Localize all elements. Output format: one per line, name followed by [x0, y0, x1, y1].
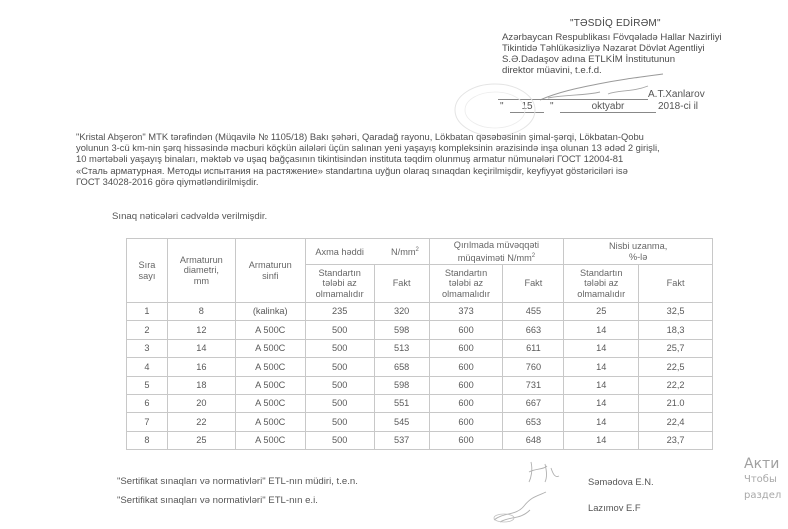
cell-no: 5	[127, 376, 168, 394]
cell-tensile-std: 600	[429, 413, 503, 431]
cell-tensile-std: 600	[429, 376, 503, 394]
cell-class: (kalinka)	[235, 303, 305, 321]
cell-yield-std: 500	[305, 376, 374, 394]
header-elongation-fact: Fakt	[639, 265, 713, 303]
cell-class: A 500C	[235, 358, 305, 376]
body-line: 10 mərtəbəli yaşayış binaları, məktəb və…	[76, 153, 788, 164]
body-line: "Kristal Abşeron" MTK tərəfindən (Müqavi…	[76, 131, 788, 142]
cell-tensile-fact: 760	[503, 358, 564, 376]
approval-line: Tikintidə Təhlükəsizliyə Nəzarət Dövlət …	[502, 43, 705, 54]
cell-yield-std: 500	[305, 339, 374, 357]
cell-yield-fact: 513	[374, 339, 429, 357]
cell-yield-fact: 320	[374, 303, 429, 321]
body-line: yolunun 3-cü km-nin şərq hissəsində məcb…	[76, 142, 788, 153]
body-line: ГОСТ 34028-2016 görə qiymətləndirilmişdi…	[76, 176, 788, 187]
table-row: 722A 500C5005456006531422,4	[127, 413, 713, 431]
cell-diameter: 22	[167, 413, 235, 431]
signature-icon	[525, 458, 565, 486]
cell-yield-fact: 545	[374, 413, 429, 431]
cell-no: 1	[127, 303, 168, 321]
cell-diameter: 16	[167, 358, 235, 376]
cell-tensile-std: 600	[429, 321, 503, 339]
cell-yield-std: 500	[305, 413, 374, 431]
table-row: 212A 500C5005986006631418,3	[127, 321, 713, 339]
table-row: 825A 500C5005376006481423,7	[127, 431, 713, 449]
cell-tensile-std: 600	[429, 339, 503, 357]
signer-name: Lazımov E.F	[588, 502, 641, 513]
cell-tensile-std: 600	[429, 431, 503, 449]
cell-elong-fact: 22,5	[639, 358, 713, 376]
date-quote: "	[550, 101, 554, 112]
cell-diameter: 8	[167, 303, 235, 321]
signature-icon	[490, 490, 550, 526]
cell-yield-std: 500	[305, 431, 374, 449]
activation-text: Чтобы	[744, 472, 788, 488]
table-row: 18(kalinka)2353203734552532,5	[127, 303, 713, 321]
body-paragraph: "Kristal Abşeron" MTK tərəfindən (Müqavi…	[76, 131, 788, 187]
approval-title: "TƏSDİQ EDİRƏM"	[570, 18, 661, 29]
cell-elong-std: 25	[564, 303, 639, 321]
header-elongation-standard: Standartıntələbi azolmamalıdır	[564, 265, 639, 303]
cell-tensile-fact: 611	[503, 339, 564, 357]
table-row: 620A 500C5005516006671421.0	[127, 394, 713, 412]
cell-elong-std: 14	[564, 413, 639, 431]
cell-elong-fact: 22,4	[639, 413, 713, 431]
cell-elong-std: 14	[564, 321, 639, 339]
cell-elong-std: 14	[564, 358, 639, 376]
cell-tensile-fact: 648	[503, 431, 564, 449]
header-yield: Axma həddi N/mm2	[305, 239, 429, 265]
activation-text: раздел	[744, 488, 788, 504]
header-yield-fact: Fakt	[374, 265, 429, 303]
cell-diameter: 14	[167, 339, 235, 357]
cell-class: A 500C	[235, 321, 305, 339]
header-tensile-fact: Fakt	[503, 265, 564, 303]
cell-class: A 500C	[235, 431, 305, 449]
cell-tensile-fact: 455	[503, 303, 564, 321]
cell-yield-std: 500	[305, 321, 374, 339]
cell-class: A 500C	[235, 376, 305, 394]
cell-diameter: 20	[167, 394, 235, 412]
cell-tensile-std: 373	[429, 303, 503, 321]
activation-heading: Акти	[744, 456, 788, 472]
date-year: 2018-ci il	[658, 101, 698, 112]
cell-elong-fact: 18,3	[639, 321, 713, 339]
cell-elong-std: 14	[564, 394, 639, 412]
approval-line: Azərbaycan Respublikası Fövqəladə Hallar…	[502, 32, 722, 43]
header-class: Armaturun sinfi	[235, 239, 305, 303]
activation-watermark: Акти Чтобы раздел	[744, 456, 788, 504]
cell-elong-fact: 32,5	[639, 303, 713, 321]
cell-class: A 500C	[235, 394, 305, 412]
footer-researcher: "Sertifikat sınaqları və normativləri" E…	[117, 495, 318, 506]
cell-yield-fact: 598	[374, 376, 429, 394]
cell-elong-std: 14	[564, 431, 639, 449]
cell-no: 8	[127, 431, 168, 449]
cell-tensile-fact: 667	[503, 394, 564, 412]
cell-diameter: 12	[167, 321, 235, 339]
cell-elong-fact: 21.0	[639, 394, 713, 412]
cell-tensile-std: 600	[429, 358, 503, 376]
signer-name: Səmədova E.N.	[588, 476, 654, 487]
cell-yield-std: 500	[305, 394, 374, 412]
header-yield-standard: Standartıntələbi azolmamalıdır	[305, 265, 374, 303]
cell-yield-fact: 658	[374, 358, 429, 376]
cell-elong-fact: 22,2	[639, 376, 713, 394]
cell-no: 6	[127, 394, 168, 412]
header-tensile-standard: Standartıntələbi azolmamalıdır	[429, 265, 503, 303]
cell-diameter: 25	[167, 431, 235, 449]
table-row: 518A 500C5005986007311422,2	[127, 376, 713, 394]
cell-yield-std: 500	[305, 358, 374, 376]
cell-class: A 500C	[235, 339, 305, 357]
cell-tensile-fact: 663	[503, 321, 564, 339]
cell-tensile-std: 600	[429, 394, 503, 412]
cell-yield-fact: 598	[374, 321, 429, 339]
cell-class: A 500C	[235, 413, 305, 431]
body-line: «Сталь арматурная. Методы испытания на р…	[76, 165, 788, 176]
cell-elong-fact: 23,7	[639, 431, 713, 449]
table-row: 416A 500C5006586007601422,5	[127, 358, 713, 376]
approver-name: A.T.Xanlarov	[648, 89, 705, 100]
header-tensile: Qırılmada müvəqqəti müqaviməti N/mm2	[429, 239, 564, 265]
results-table: Sıra sayı Armaturun diametri, mm Armatur…	[126, 238, 713, 450]
cell-yield-fact: 551	[374, 394, 429, 412]
date-month: oktyabr	[560, 101, 656, 113]
cell-yield-fact: 537	[374, 431, 429, 449]
cell-diameter: 18	[167, 376, 235, 394]
table-row: 314A 500C5005136006111425,7	[127, 339, 713, 357]
cell-no: 4	[127, 358, 168, 376]
cell-elong-std: 14	[564, 339, 639, 357]
cell-no: 2	[127, 321, 168, 339]
cell-elong-fact: 25,7	[639, 339, 713, 357]
header-elongation: Nisbi uzanma, %-lə	[564, 239, 713, 265]
cell-tensile-fact: 731	[503, 376, 564, 394]
header-row-number: Sıra sayı	[127, 239, 168, 303]
footer-head-of-lab: "Sertifikat sınaqları və normativləri" E…	[117, 476, 358, 487]
table-intro: Sınaq nəticələri cədvəldə verilmişdir.	[112, 211, 267, 222]
approval-line: S.Ə.Dadaşov adına ETLKİM İnstitutunun	[502, 54, 675, 65]
cell-tensile-fact: 653	[503, 413, 564, 431]
cell-no: 3	[127, 339, 168, 357]
cell-elong-std: 14	[564, 376, 639, 394]
cell-yield-std: 235	[305, 303, 374, 321]
cell-no: 7	[127, 413, 168, 431]
header-diameter: Armaturun diametri, mm	[167, 239, 235, 303]
